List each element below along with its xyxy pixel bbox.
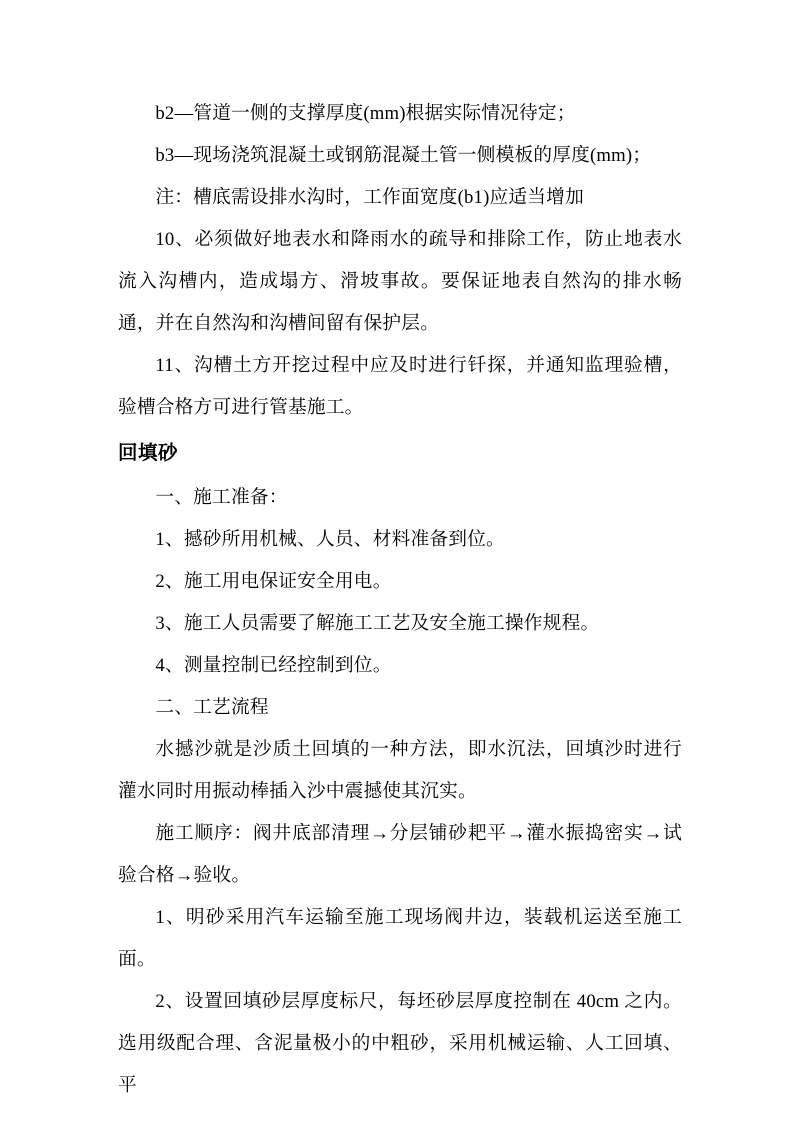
para-prep-1-machinery: 1、撼砂所用机械、人员、材料准备到位。 [118,519,682,561]
para-section-two-process: 二、工艺流程 [118,687,682,729]
para-construction-sequence: 施工顺序：阀井底部清理→分层铺砂耙平→灌水振捣密实→试验合格→验收。 [118,813,682,897]
para-item-10-surface-water: 10、必须做好地表水和降雨水的疏导和排除工作，防止地表水流入沟槽内，造成塌方、滑… [118,219,682,345]
heading-backfill-sand: 回填砂 [118,433,682,475]
para-b2-definition: b2—管道一侧的支撑厚度(mm)根据实际情况待定； [118,93,682,135]
para-fill-2-thickness: 2、设置回填砂层厚度标尺，每坯砂层厚度控制在 40cm 之内。选用级配合理、含泥… [118,981,682,1107]
para-item-11-trench-inspection: 11、沟槽土方开挖过程中应及时进行钎探，并通知监理验槽，验槽合格方可进行管基施工… [118,345,682,429]
para-fill-1-transport: 1、明砂采用汽车运输至施工现场阀井边，装载机运送至施工面。 [118,897,682,981]
para-prep-3-training: 3、施工人员需要了解施工工艺及安全施工操作规程。 [118,603,682,645]
para-prep-4-survey: 4、测量控制已经控制到位。 [118,645,682,687]
para-prep-2-electricity: 2、施工用电保证安全用电。 [118,561,682,603]
document-page: b2—管道一侧的支撑厚度(mm)根据实际情况待定； b3—现场浇筑混凝土或钢筋混… [0,0,794,1122]
para-b3-definition: b3—现场浇筑混凝土或钢筋混凝土管一侧模板的厚度(mm)； [118,135,682,177]
document-body: b2—管道一侧的支撑厚度(mm)根据实际情况待定； b3—现场浇筑混凝土或钢筋混… [118,93,682,1107]
para-section-one-preparation: 一、施工准备： [118,477,682,519]
para-process-description: 水撼沙就是沙质土回填的一种方法，即水沉法，回填沙时进行灌水同时用振动棒插入沙中震… [118,729,682,813]
para-note-drainage: 注：槽底需设排水沟时，工作面宽度(b1)应适当增加 [118,177,682,219]
